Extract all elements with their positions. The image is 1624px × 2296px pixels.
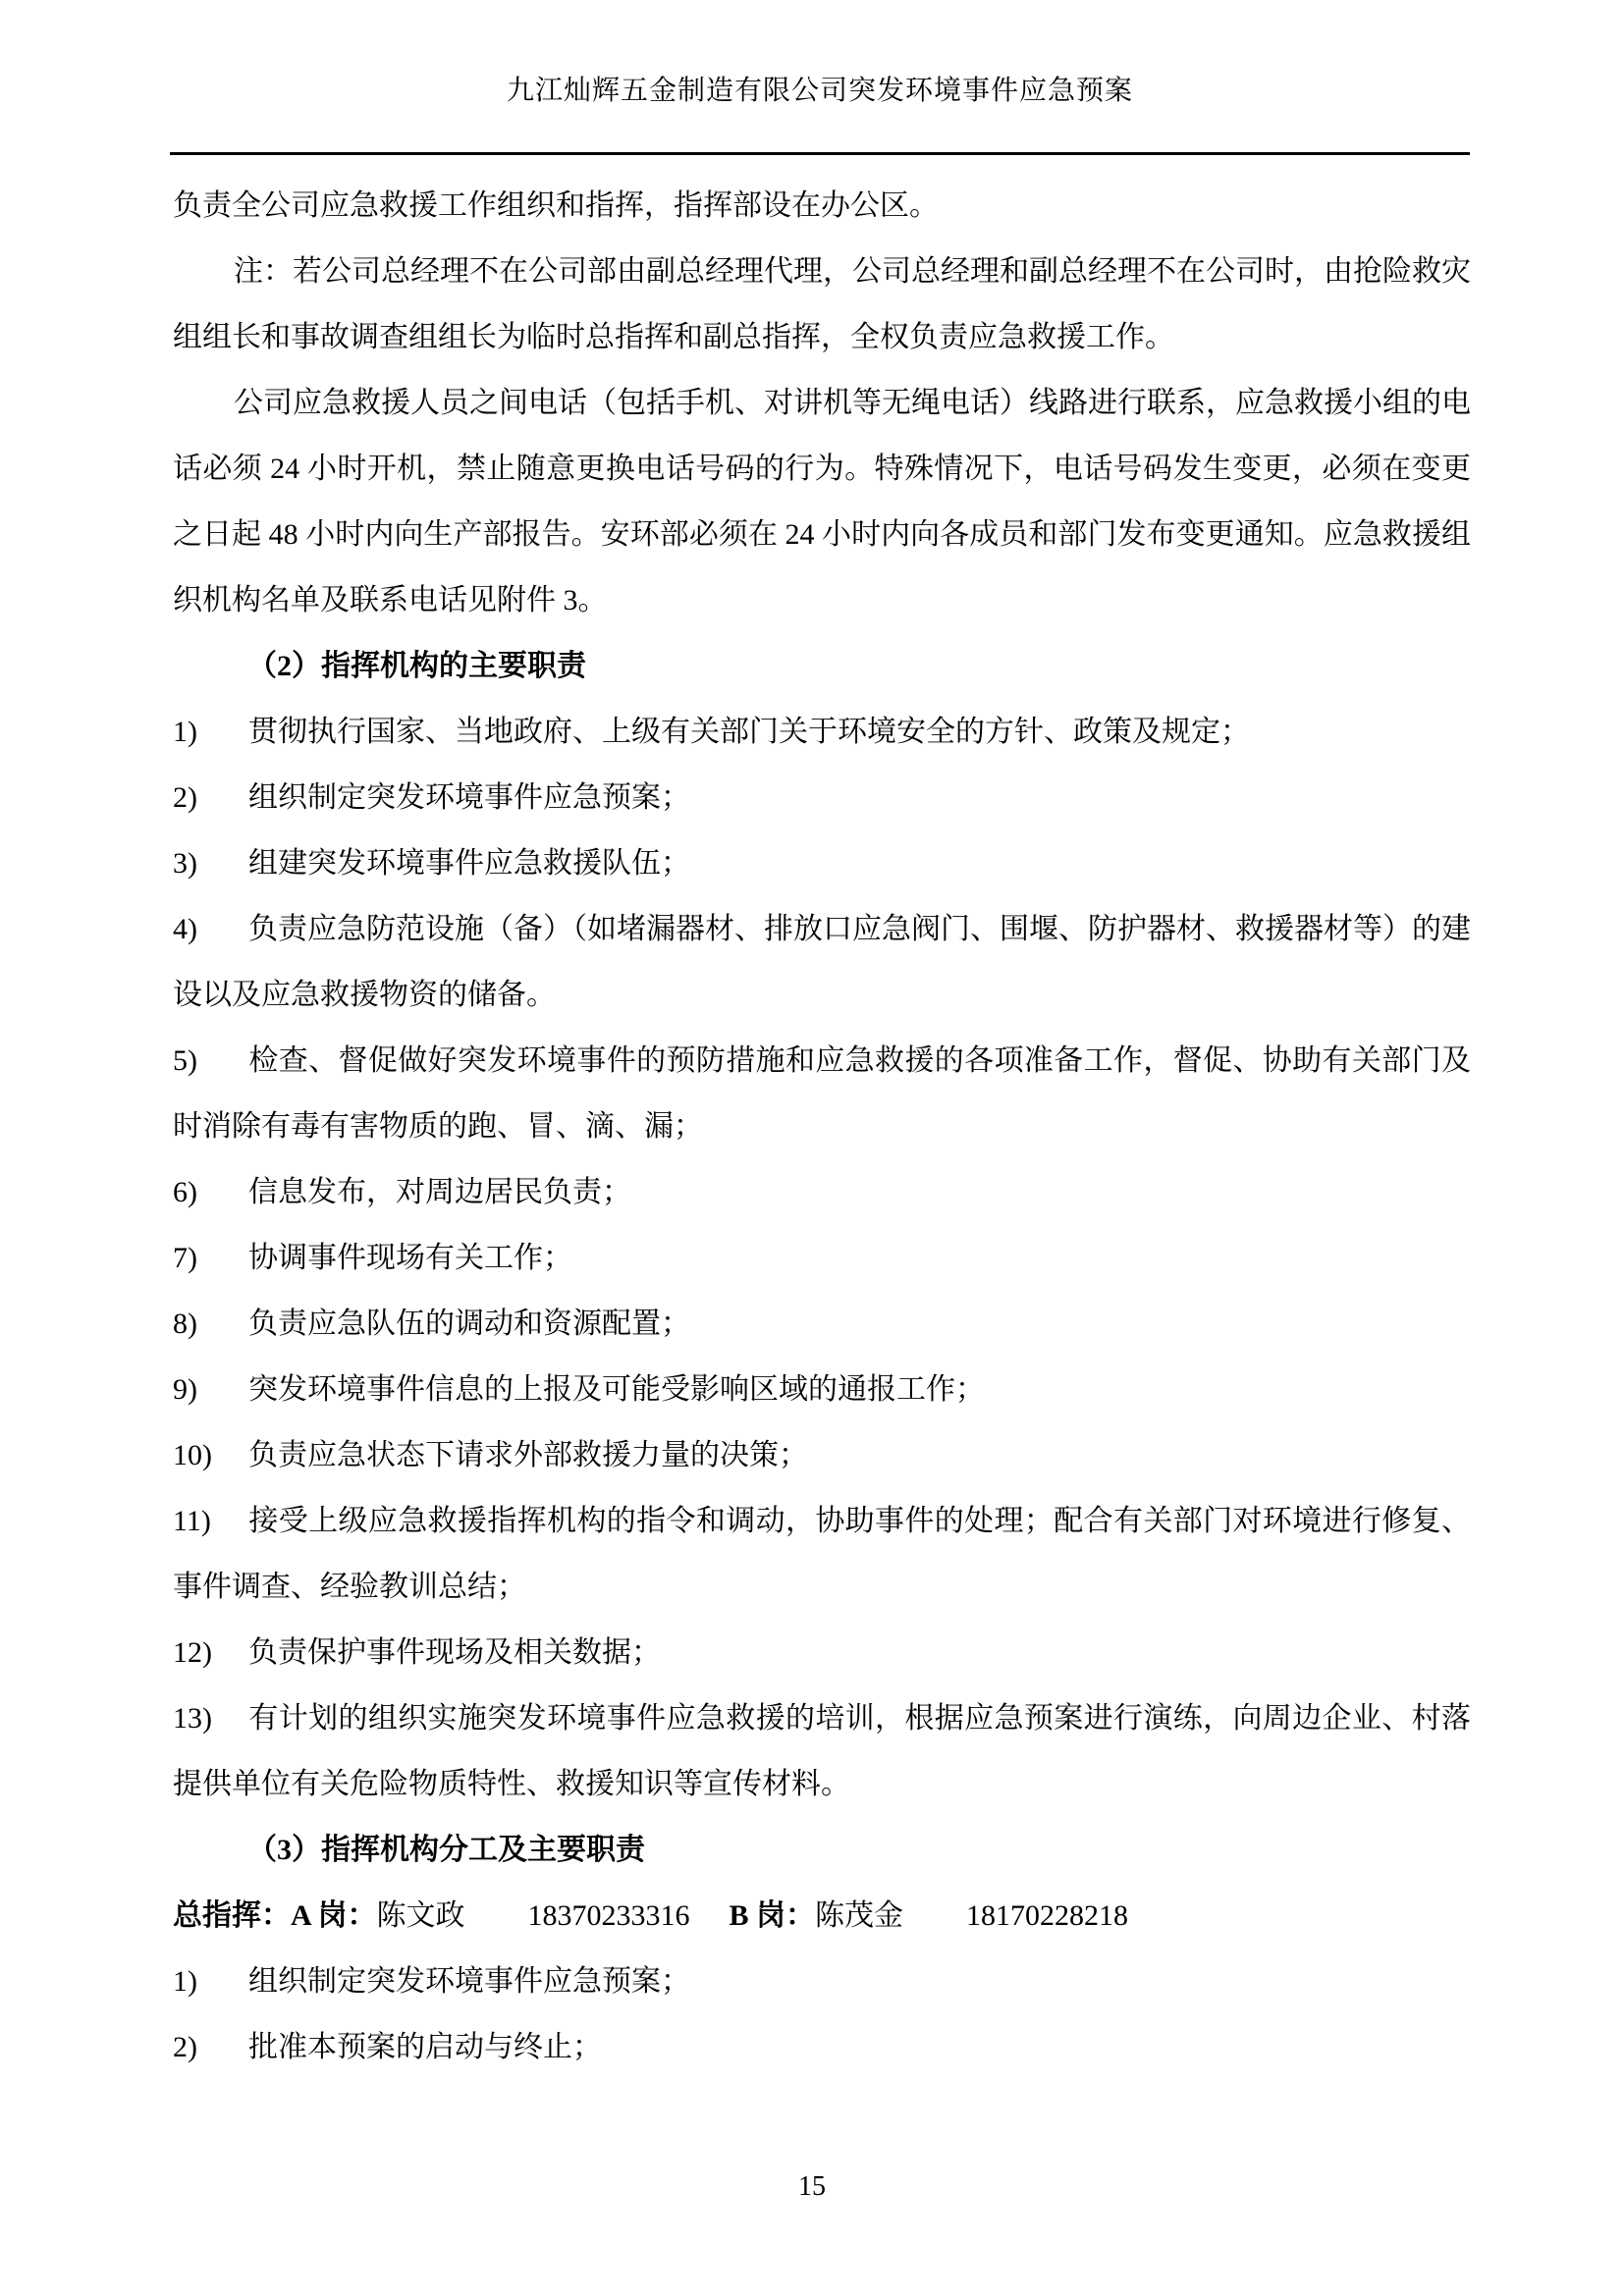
list-item-number: 5)	[173, 1028, 248, 1094]
list-item: 7)协调事件现场有关工作；	[173, 1225, 1471, 1291]
list-item-text: 接受上级应急救援指挥机构的指令和调动，协助事件的处理；配合有关部门对环境进行修复…	[173, 1505, 1471, 1603]
list-item-number: 3)	[173, 830, 248, 896]
list-item: 8)负责应急队伍的调动和资源配置；	[173, 1291, 1471, 1357]
list-item: 5)检查、督促做好突发环境事件的预防措施和应急救援的各项准备工作，督促、协助有关…	[173, 1028, 1471, 1159]
list-item-text: 贯彻执行国家、当地政府、上级有关部门关于环境安全的方针、政策及规定；	[248, 716, 1250, 748]
list-item-text: 负责应急状态下请求外部救援力量的决策；	[248, 1439, 808, 1471]
list-item-text: 批准本预案的启动与终止；	[248, 2031, 602, 2063]
document-body: 负责全公司应急救援工作组织和指挥，指挥部设在办公区。 注：若公司总经理不在公司部…	[173, 173, 1471, 2080]
list-item-number: 7)	[173, 1225, 248, 1291]
section2-heading: （2）指挥机构的主要职责	[173, 633, 1471, 699]
list-item-number: 11)	[173, 1488, 248, 1554]
list-item: 3)组建突发环境事件应急救援队伍；	[173, 830, 1471, 896]
list-item-number: 6)	[173, 1159, 248, 1225]
list-item: 10)负责应急状态下请求外部救援力量的决策；	[173, 1422, 1471, 1488]
commander-role-label: 总指挥：	[173, 1899, 291, 1932]
post-a-phone: 18370233316	[528, 1899, 690, 1932]
list-item-number: 12)	[173, 1620, 248, 1685]
page-number: 15	[0, 2171, 1624, 2203]
commander-line: 总指挥：A 岗：陈文政18370233316B 岗：陈茂金18170228218	[173, 1883, 1471, 1949]
post-a-name: 陈文政	[377, 1899, 465, 1932]
paragraph-note: 注：若公司总经理不在公司部由副总经理代理，公司总经理和副总经理不在公司时，由抢险…	[173, 239, 1471, 370]
list-item-number: 1)	[173, 699, 248, 765]
list-item-text: 检查、督促做好突发环境事件的预防措施和应急救援的各项准备工作，督促、协助有关部门…	[173, 1044, 1471, 1143]
list-item-number: 1)	[173, 1949, 248, 2014]
post-b-name: 陈茂金	[815, 1899, 903, 1932]
list-item-number: 9)	[173, 1357, 248, 1422]
list-item: 1)贯彻执行国家、当地政府、上级有关部门关于环境安全的方针、政策及规定；	[173, 699, 1471, 765]
list-item-number: 8)	[173, 1291, 248, 1357]
list-item: 1)组织制定突发环境事件应急预案；	[173, 1949, 1471, 2014]
list-item-text: 组建突发环境事件应急救援队伍；	[248, 847, 690, 880]
list-item-text: 组织制定突发环境事件应急预案；	[248, 1965, 690, 1998]
post-b-label: B 岗：	[730, 1899, 816, 1932]
list-item: 11)接受上级应急救援指挥机构的指令和调动，协助事件的处理；配合有关部门对环境进…	[173, 1488, 1471, 1620]
list-item-text: 协调事件现场有关工作；	[248, 1242, 572, 1274]
list-item: 6)信息发布，对周边居民负责；	[173, 1159, 1471, 1225]
list-item-text: 负责保护事件现场及相关数据；	[248, 1636, 661, 1669]
post-a-label: A 岗：	[291, 1899, 377, 1932]
section3-heading: （3）指挥机构分工及主要职责	[173, 1817, 1471, 1883]
page-header-title: 九江灿辉五金制造有限公司突发环境事件应急预案	[170, 69, 1470, 108]
list-item-text: 负责应急防范设施（备）（如堵漏器材、排放口应急阀门、围堰、防护器材、救援器材等）…	[173, 913, 1471, 1011]
list-item: 2)批准本预案的启动与终止；	[173, 2014, 1471, 2080]
paragraph-responsibility: 负责全公司应急救援工作组织和指挥，指挥部设在办公区。	[173, 173, 1471, 239]
list-item-text: 信息发布，对周边居民负责；	[248, 1176, 631, 1208]
list-item-number: 2)	[173, 765, 248, 830]
list-item-text: 组织制定突发环境事件应急预案；	[248, 781, 690, 814]
header-divider	[170, 152, 1470, 155]
list-item-text: 突发环境事件信息的上报及可能受影响区域的通报工作；	[248, 1373, 985, 1406]
list-item-number: 10)	[173, 1422, 248, 1488]
list-item: 2)组织制定突发环境事件应急预案；	[173, 765, 1471, 830]
list-item-text: 有计划的组织实施突发环境事件应急救援的培训，根据应急预案进行演练，向周边企业、村…	[173, 1702, 1471, 1800]
list-item-number: 2)	[173, 2014, 248, 2080]
list-item: 13)有计划的组织实施突发环境事件应急救援的培训，根据应急预案进行演练，向周边企…	[173, 1685, 1471, 1817]
list-item-number: 4)	[173, 896, 248, 962]
list-item-number: 13)	[173, 1685, 248, 1751]
post-b-phone: 18170228218	[966, 1899, 1128, 1932]
paragraph-phone-policy: 公司应急救援人员之间电话（包括手机、对讲机等无绳电话）线路进行联系，应急救援小组…	[173, 370, 1471, 633]
list-item: 9)突发环境事件信息的上报及可能受影响区域的通报工作；	[173, 1357, 1471, 1422]
list-item: 4)负责应急防范设施（备）（如堵漏器材、排放口应急阀门、围堰、防护器材、救援器材…	[173, 896, 1471, 1028]
list-item: 12)负责保护事件现场及相关数据；	[173, 1620, 1471, 1685]
list-item-text: 负责应急队伍的调动和资源配置；	[248, 1308, 690, 1340]
document-page: 九江灿辉五金制造有限公司突发环境事件应急预案 负责全公司应急救援工作组织和指挥，…	[0, 0, 1624, 2296]
